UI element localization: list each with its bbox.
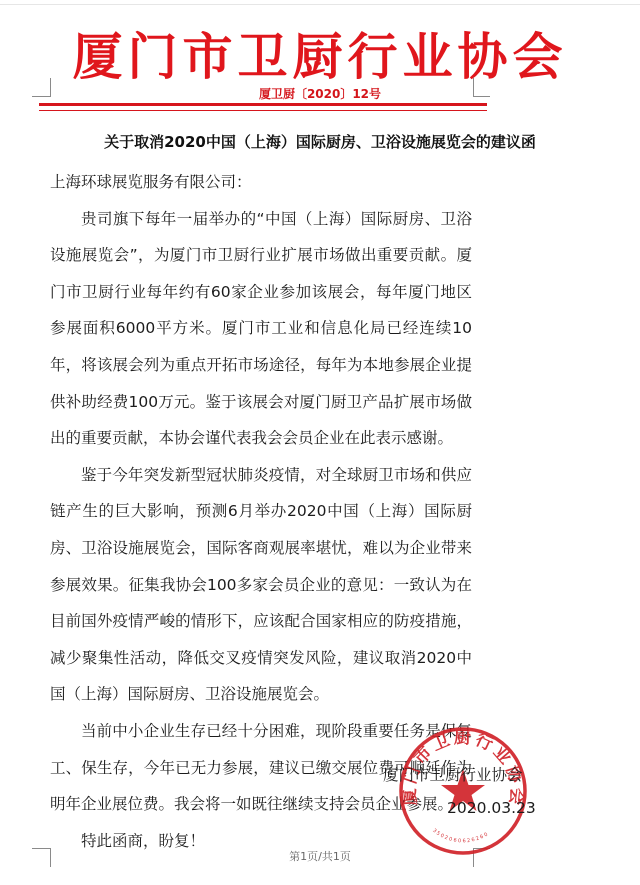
signature-date: 2020.03.23 (447, 798, 536, 818)
document-number: 厦卫厨〔2020〕12号 (0, 87, 640, 101)
official-seal-icon: 厦门市卫厨行业协会 3502060626260 (397, 725, 529, 857)
letter-title: 关于取消2020中国（上海）国际厨房、卫浴设施展览会的建议函 (0, 132, 640, 152)
letterhead-rule-thin (39, 110, 487, 111)
paragraph-1: 贵司旗下每年一届举办的“中国（上海）国际厨房、卫浴设施展览会”，为厦门市卫厨行业… (50, 201, 472, 457)
svg-text:3502060626260: 3502060626260 (431, 828, 490, 845)
paragraph-2: 鉴于今年突发新型冠状肺炎疫情，对全球厨卫市场和供应链产生的巨大影响，预测6月举办… (50, 457, 472, 713)
letterhead-organization: 厦门市卫厨行业协会 (0, 32, 640, 82)
salutation: 上海环球展览服务有限公司： (50, 164, 472, 201)
signature-organization: 厦门市卫厨行业协会 (383, 765, 523, 785)
seal-serial: 3502060626260 (431, 828, 490, 845)
page-indicator: 第1页/共1页 (0, 850, 640, 864)
viewer-top-border (0, 4, 640, 5)
letterhead-rule-thick (39, 103, 487, 106)
